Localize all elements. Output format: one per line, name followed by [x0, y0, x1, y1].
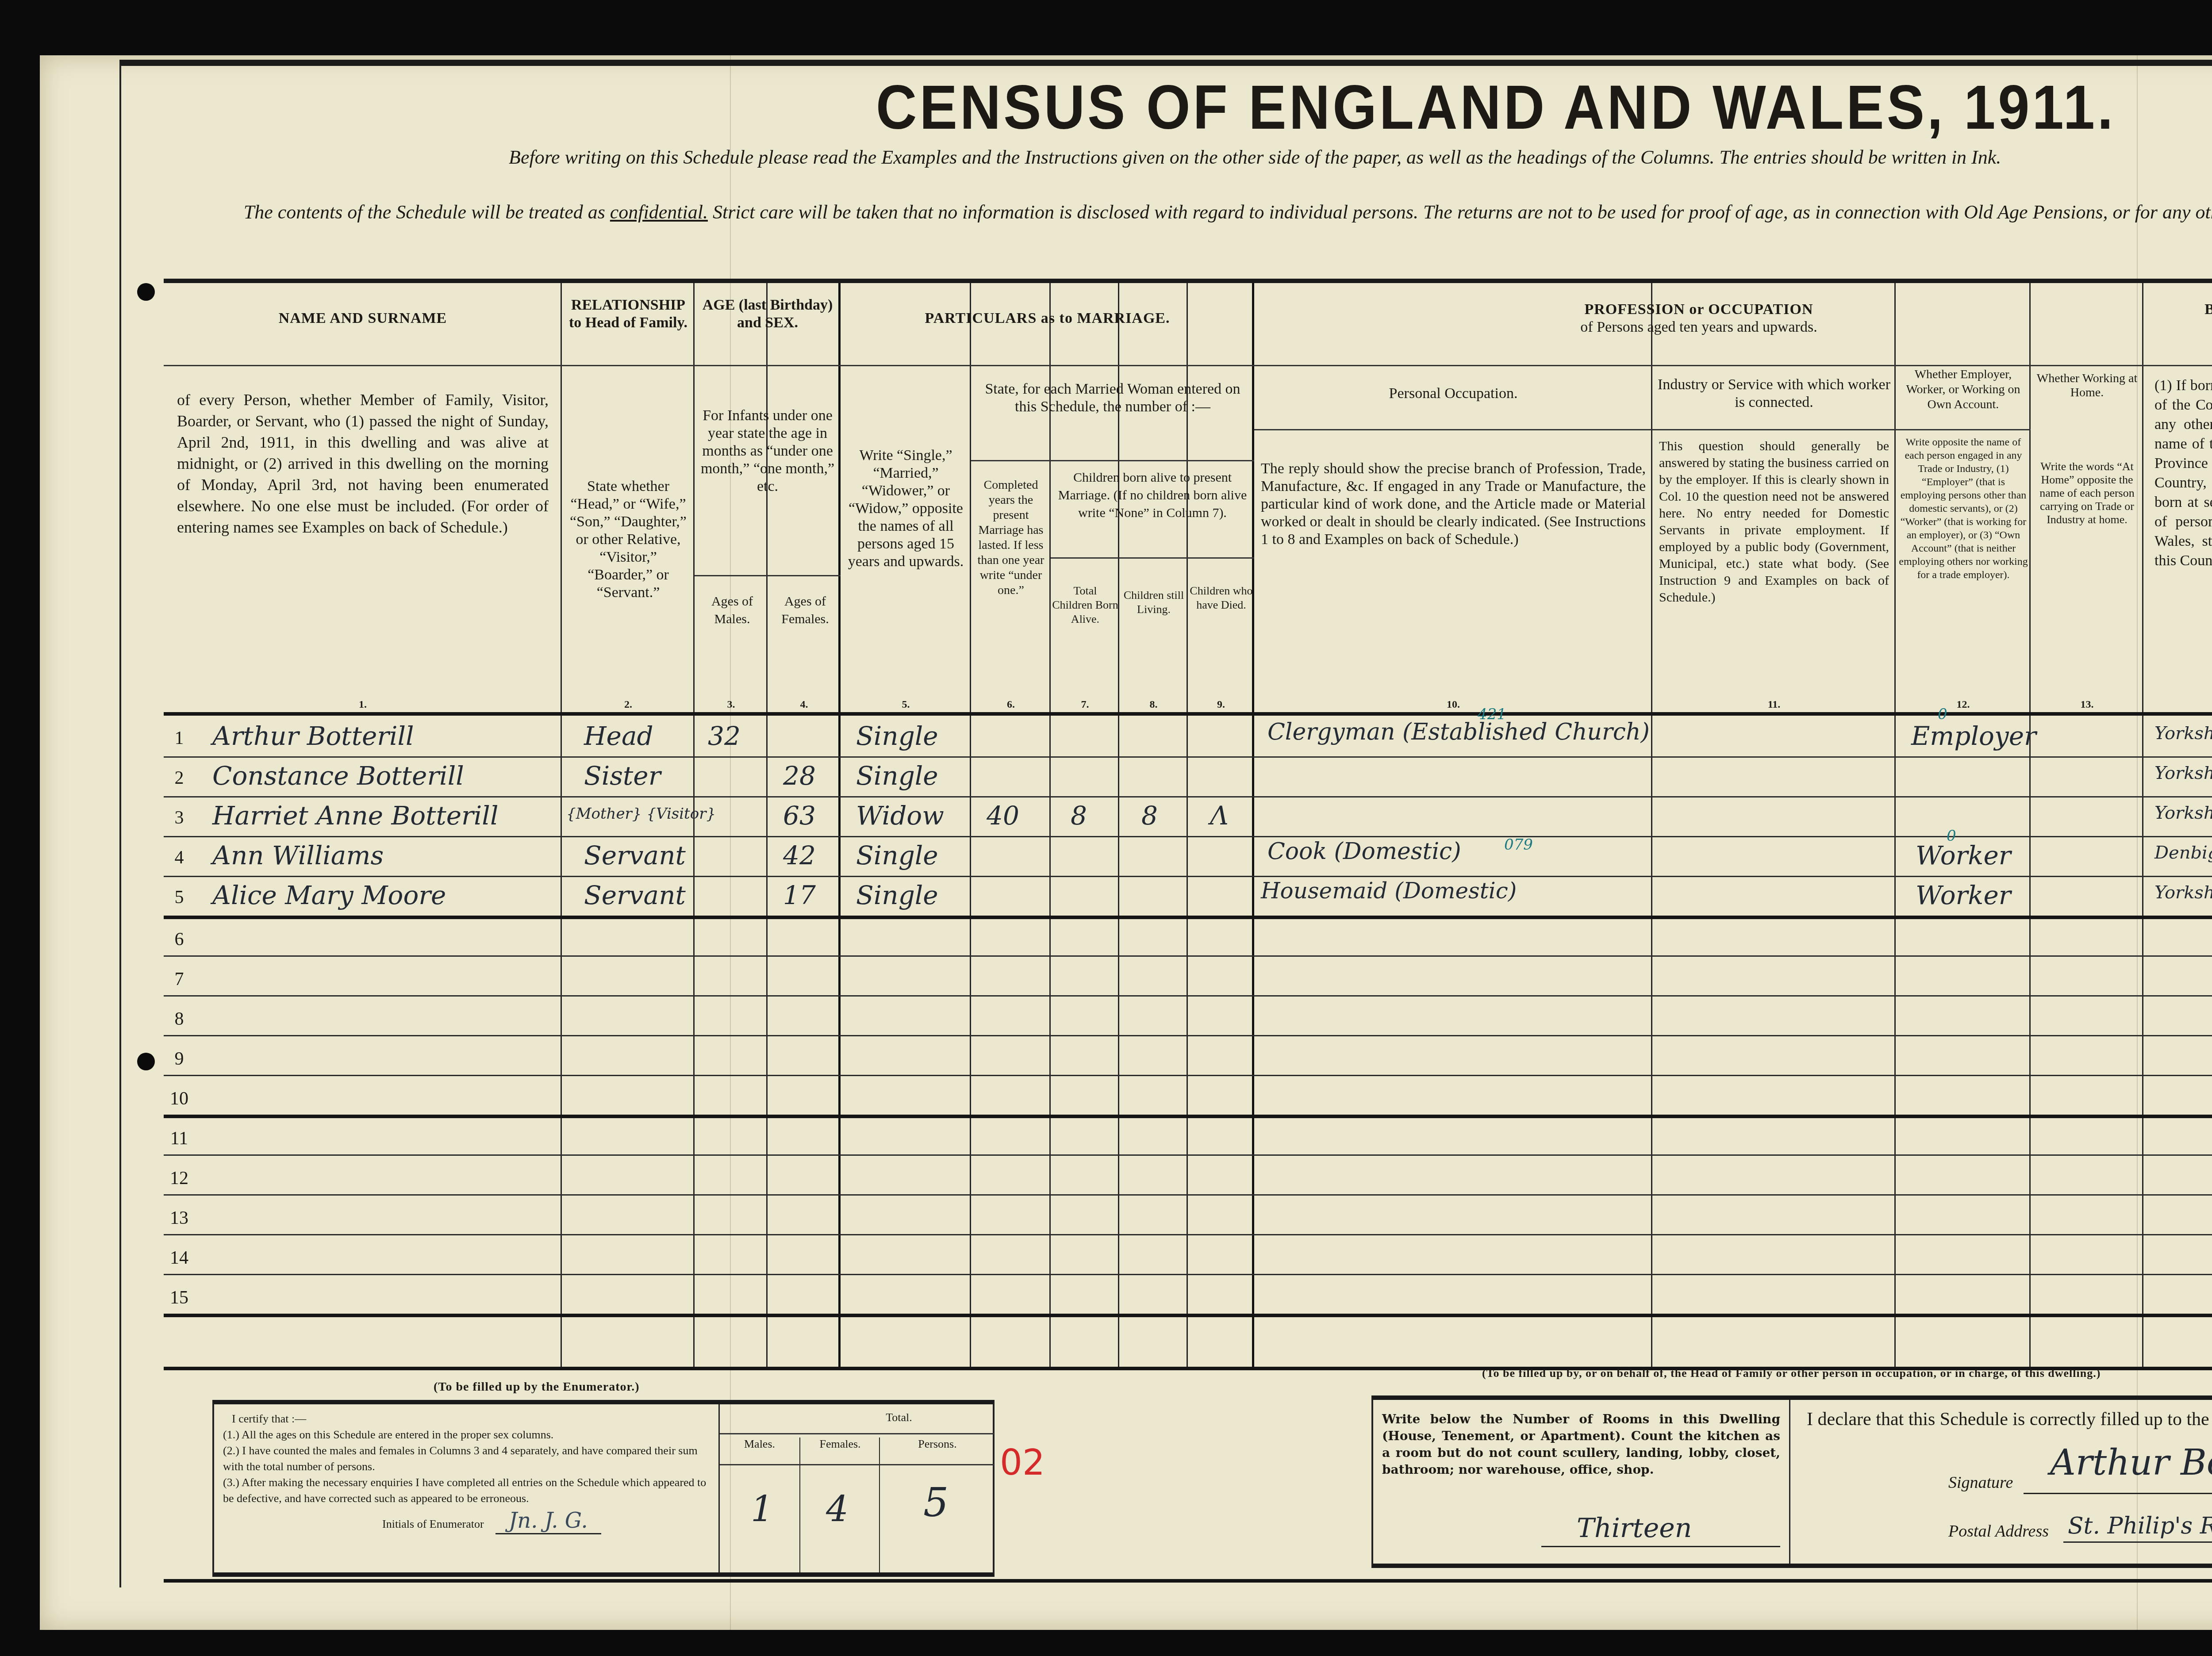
header-marriage-body: Write “Single,” “Married,” “Widower,” or…	[843, 447, 969, 571]
row-number: 15	[168, 1287, 190, 1308]
age-subdivider	[695, 575, 841, 576]
column-number: 3.	[695, 699, 768, 711]
table-row: 1 Arthur Botterill Head 32 Single Clergy…	[164, 717, 2212, 758]
confidential-text-pre: The contents of the Schedule will be tre…	[244, 201, 610, 223]
certificate-text: I certify that :— (1.) All the ages on t…	[223, 1411, 710, 1532]
rooms-instruction: Write below the Number of Rooms in this …	[1382, 1411, 1780, 1478]
header-age-females: Ages of Females.	[770, 593, 841, 628]
blank-row: 11	[164, 1115, 2212, 1156]
column-number: 1.	[164, 699, 562, 711]
confidential-text-post: Strict care will be taken that no inform…	[708, 201, 2212, 223]
cell-age-female: 17	[783, 880, 816, 910]
blank-row: 6	[164, 916, 2212, 957]
header-age-body: For Infants under one year state the age…	[697, 407, 838, 495]
cell-name: Alice Mary Moore	[212, 880, 446, 910]
cell-occupation: Clergyman (Established Church)	[1267, 719, 1650, 745]
cell-age-female: 63	[783, 801, 816, 831]
instruction-line: Before writing on this Schedule please r…	[509, 146, 2212, 169]
certify-item: (3.) After making the necessary enquirie…	[223, 1475, 710, 1506]
header-marriage: PARTICULARS as to MARRIAGE.	[925, 310, 1170, 326]
household-heading: (To be filled up by, or on behalf of, th…	[1482, 1367, 2101, 1380]
cell-name: Ann Williams	[212, 840, 384, 870]
cell-occupation: Housemaid (Domestic)	[1261, 878, 1517, 904]
column-number: 9.	[1188, 699, 1254, 711]
header-occupation: PROFESSION or OCCUPATION	[1584, 301, 1813, 318]
header-occupation-sub: of Persons aged ten years and upwards.	[1580, 319, 1817, 335]
cell-relationship: {Mother} {Visitor}	[566, 805, 716, 823]
totals-label: Total.	[804, 1411, 994, 1424]
header-birthplace: BIRTHPLACE of every person.	[2143, 301, 2212, 318]
row-number: 4	[168, 847, 190, 868]
column-number: 8.	[1119, 699, 1188, 711]
cell-marriage: Single	[856, 840, 938, 870]
declaration-text: I declare that this Schedule is correctl…	[1807, 1409, 2212, 1430]
header-employer-body: Write opposite the name of each person e…	[1899, 436, 2028, 582]
children-subdivider	[1051, 557, 1254, 559]
row-number: 7	[168, 969, 190, 990]
column-number: 2.	[562, 699, 695, 711]
marriage-subdivider	[971, 460, 1254, 461]
cell-born-alive: 8	[1071, 801, 1087, 831]
cell-birthplace: Yorkshire. Everton.	[2154, 882, 2212, 903]
cell-birthplace: Yorkshire. Doncaster	[2154, 803, 2212, 823]
row-number: 11	[168, 1128, 190, 1149]
row-number: 3	[168, 807, 190, 828]
header-name-body: of every Person, whether Member of Famil…	[177, 389, 549, 538]
cell-relationship: Sister	[584, 761, 661, 791]
blank-row: 12	[164, 1154, 2212, 1196]
cell-marriage: Single	[856, 880, 938, 910]
header-age: AGE (last Birthday) and SEX.	[695, 296, 841, 332]
header-industry-body: This question should generally be answer…	[1659, 438, 1889, 606]
column-number: 11.	[1652, 699, 1896, 711]
blank-row: 7	[164, 955, 2212, 997]
initials-label: Initials of Enumerator	[382, 1518, 484, 1530]
row-number: 10	[168, 1088, 190, 1109]
column-number: 6.	[971, 699, 1051, 711]
cell-relationship: Servant	[584, 840, 686, 870]
column-number: 12.	[1896, 699, 2031, 711]
blank-row: 8	[164, 995, 2212, 1036]
row-number: 12	[168, 1168, 190, 1189]
certify-item: (2.) I have counted the males and female…	[223, 1443, 710, 1475]
persons-total: 5	[923, 1480, 949, 1526]
totals-table: Total. Males. Females. Persons. 1 4 5	[718, 1404, 994, 1572]
cell-age-male: 32	[708, 721, 741, 751]
enumerator-certificate-box: I certify that :— (1.) All the ages on t…	[212, 1400, 995, 1577]
row-number: 5	[168, 887, 190, 908]
cell-occupation-code: 421	[1478, 705, 1506, 723]
header-name: NAME AND SURNAME	[279, 310, 447, 326]
blank-row: 14	[164, 1234, 2212, 1275]
row-number: 2	[168, 767, 190, 789]
certify-item: (1.) All the ages on this Schedule are e…	[223, 1427, 710, 1443]
blank-row: 9	[164, 1035, 2212, 1076]
header-age-males: Ages of Males.	[697, 593, 768, 628]
cell-age-female: 28	[783, 761, 816, 791]
margin-code: 02	[1000, 1442, 1045, 1483]
header-still-living: Children still Living.	[1121, 588, 1187, 617]
header-personal-occupation: Personal Occupation.	[1256, 385, 1650, 402]
table-row: 4 Ann Williams Servant 42 Single Cook (D…	[164, 836, 2212, 877]
header-occupation-body: The reply should show the precise branch…	[1261, 460, 1646, 548]
females-total: 4	[826, 1488, 849, 1529]
cell-relationship: Head	[584, 721, 653, 751]
rooms-line	[1541, 1546, 1780, 1547]
header-employer: Whether Employer, Worker, or Working on …	[1898, 367, 2028, 412]
header-years-married: Completed years the present Marriage has…	[973, 478, 1048, 598]
column-number: 14	[2143, 699, 2212, 711]
cell-employer: Employer	[1911, 721, 2036, 751]
cell-employer-code: 0	[1947, 827, 1956, 845]
header-children-group: Children born alive to present Marriage.…	[1053, 469, 1252, 522]
signature-line	[2024, 1493, 2212, 1494]
totals-divider	[720, 1433, 994, 1434]
blank-row: 10	[164, 1075, 2212, 1118]
row-number: 8	[168, 1008, 190, 1030]
cell-marriage: Single	[856, 761, 938, 791]
header-divider	[164, 365, 2212, 366]
cell-birthplace: Yorkshire. Garton-on-the-Wolds.	[2154, 763, 2212, 783]
cell-employer: Worker	[1916, 880, 2011, 910]
signature-value: Arthur Botterill.	[2050, 1442, 2212, 1483]
rooms-section: Write below the Number of Rooms in this …	[1373, 1400, 1790, 1564]
header-working-home: Whether Working at Home.	[2033, 372, 2141, 400]
column-number: 10.	[1254, 699, 1652, 711]
cell-name: Harriet Anne Botterill	[212, 801, 498, 831]
header-married-woman-group: State, for each Married Woman entered on…	[973, 380, 1252, 416]
column-number: 4.	[768, 699, 841, 711]
enumerator-heading: (To be filled up by the Enumerator.)	[434, 1380, 640, 1394]
occupation-subdivider	[1254, 429, 2031, 430]
cell-occupation-code: 079	[1504, 836, 1533, 854]
totals-divider	[720, 1464, 994, 1465]
cell-name: Constance Botterill	[212, 761, 464, 791]
cell-marriage: Widow	[856, 801, 944, 831]
row-number: 6	[168, 929, 190, 950]
confidentiality-notice: The contents of the Schedule will be tre…	[195, 199, 2212, 226]
table-row: 5 Alice Mary Moore Servant 17 Single Hou…	[164, 876, 2212, 919]
header-working-home-body: Write the words “At Home” opposite the n…	[2033, 460, 2141, 526]
household-table: NAME AND SURNAME of every Person, whethe…	[164, 279, 2212, 1367]
males-label: Males.	[720, 1437, 799, 1451]
header-birthplace-body: (1) If born in the United Kingdom, write…	[2154, 376, 2212, 571]
blank-row: 13	[164, 1194, 2212, 1235]
cell-occupation: Cook (Domestic)	[1267, 838, 1461, 865]
header-relationship: RELATIONSHIP to Head of Family.	[564, 296, 692, 332]
household-declaration-box: Write below the Number of Rooms in this …	[1371, 1395, 2212, 1568]
cell-employer-code: 0	[1938, 705, 1947, 723]
column-number: 5.	[841, 699, 971, 711]
cell-birthplace: Yorkshire. Garton-on-the-Wolds	[2154, 723, 2212, 744]
column-number: 7.	[1051, 699, 1119, 711]
address-label: Postal Address	[1948, 1522, 2049, 1541]
header-born-alive: Total Children Born Alive.	[1052, 584, 1118, 626]
cell-age-female: 42	[783, 840, 816, 870]
address-line	[2063, 1541, 2212, 1543]
column-number: 13.	[2031, 699, 2143, 711]
blank-row: 15	[164, 1274, 2212, 1317]
bottom-frame-rule	[164, 1579, 2212, 1583]
cell-still-living: 8	[1141, 801, 1158, 831]
table-row: 2 Constance Botterill Sister 28 Single Y…	[164, 756, 2212, 797]
cell-marriage: Single	[856, 721, 938, 751]
address-value: St. Philip's Rectory. Bradford Road. Man…	[2068, 1513, 2212, 1539]
row-number: 1	[168, 728, 190, 749]
enumerator-initials: Jn. J. G.	[495, 1508, 601, 1534]
confidential-word: confidential.	[610, 201, 708, 223]
row-number: 13	[168, 1207, 190, 1229]
cell-years-married: 40	[987, 801, 1019, 831]
males-total: 1	[751, 1488, 773, 1529]
table-row: 3 Harriet Anne Botterill {Mother} {Visit…	[164, 796, 2212, 837]
cell-died: Λ	[1210, 801, 1229, 831]
cell-birthplace: Denbighshire. Vron.	[2154, 843, 2212, 863]
row-number: 9	[168, 1048, 190, 1069]
cell-name: Arthur Botterill	[212, 721, 414, 751]
row-number: 14	[168, 1247, 190, 1269]
header-bottom-rule	[164, 712, 2212, 716]
page-title: CENSUS OF ENGLAND AND WALES, 1911.	[876, 72, 2116, 144]
certify-heading: I certify that :—	[223, 1411, 710, 1427]
signature-label: Signature	[1948, 1473, 2013, 1492]
header-relationship-body: State whether “Head,” or “Wife,” “Son,” …	[566, 478, 690, 602]
cell-employer: Worker	[1916, 840, 2011, 870]
header-industry: Industry or Service with which worker is…	[1655, 376, 1893, 411]
rooms-value: Thirteen	[1577, 1513, 1692, 1544]
header-died: Children who have Died.	[1189, 584, 1253, 612]
cell-relationship: Servant	[584, 880, 686, 910]
